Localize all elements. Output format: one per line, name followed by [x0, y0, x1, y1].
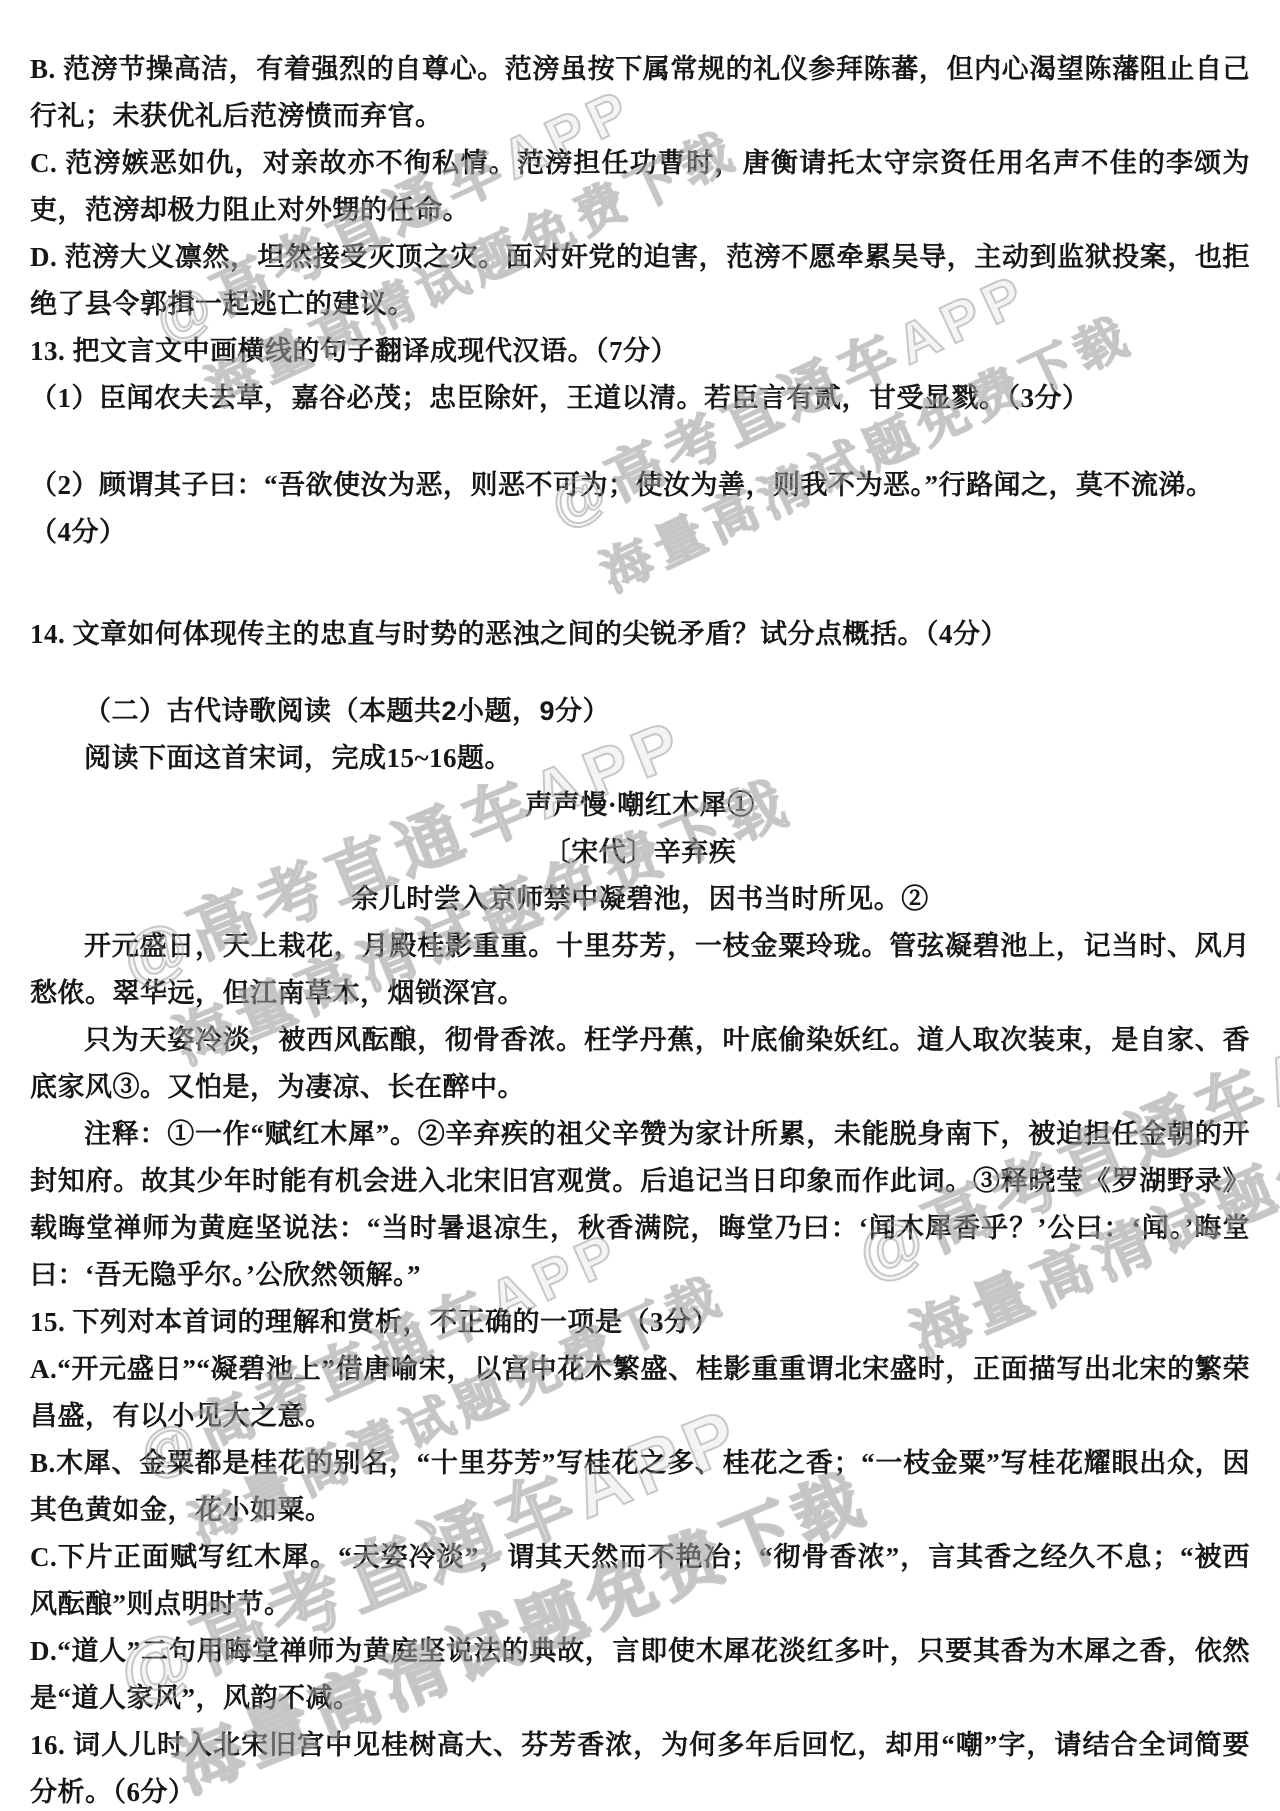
exam-paper-page: @高考直通车APP 海量高清试题免费下载 @高考直通车APP 海量高清试题免费下…	[0, 0, 1280, 1811]
question-13: 13. 把文言文中画横线的句子翻译成现代汉语。（7分）	[30, 328, 1250, 375]
question-14: 14. 文章如何体现传主的忠直与时势的恶浊之间的尖锐矛盾？试分点概括。（4分）	[30, 611, 1250, 658]
choice-option-b: B. 范滂节操高洁，有着强烈的自尊心。范滂虽按下属常规的礼仪参拜陈蕃，但内心渴望…	[30, 46, 1250, 140]
notes-text: ①一作“赋红木犀”。②辛弃疾的祖父辛赞为家计所累，未能脱身南下，被迫担任金朝的开…	[30, 1119, 1250, 1290]
poem-stanza-2: 只为天姿冷淡，被西风酝酿，彻骨香浓。枉学丹蕉，叶底偷染妖红。道人取次装束，是自家…	[30, 1017, 1250, 1111]
q15-option-b: B.木犀、金粟都是桂花的别名，“十里芬芳”写桂花之多、桂花之香；“一枝金粟”写桂…	[30, 1440, 1250, 1534]
choice-option-d: D. 范滂大义凛然，坦然接受灭顶之灾。面对奸党的迫害，范滂不愿牵累吴导，主动到监…	[30, 234, 1250, 328]
blank-answer-space	[30, 658, 1250, 688]
question-15: 15. 下列对本首词的理解和赏析，不正确的一项是（3分）	[30, 1299, 1250, 1346]
question-13-part1: （1）臣闻农夫去草，嘉谷必茂；忠臣除奸，王道以清。若臣言有贰，甘受显戮。（3分）	[30, 375, 1250, 422]
q15-option-a: A.“开元盛日”“凝碧池上”借唐喻宋，以宫中花木繁盛、桂影重重谓北宋盛时，正面描…	[30, 1346, 1250, 1440]
exam-content: B. 范滂节操高洁，有着强烈的自尊心。范滂虽按下属常规的礼仪参拜陈蕃，但内心渴望…	[0, 0, 1280, 1811]
notes-label: 注释：	[84, 1119, 167, 1149]
blank-answer-space	[30, 422, 1250, 462]
poem-author: 〔宋代〕辛弃疾	[30, 829, 1250, 876]
poetry-intro: 阅读下面这首宋词，完成15~16题。	[30, 735, 1250, 782]
question-13-part2: （2）顾谓其子曰：“吾欲使汝为恶，则恶不可为；使汝为善，则我不为恶。”行路闻之，…	[30, 462, 1250, 509]
blank-answer-space	[30, 556, 1250, 611]
choice-option-c: C. 范滂嫉恶如仇，对亲故亦不徇私情。范滂担任功曹时，唐衡请托太守宗资任用名声不…	[30, 140, 1250, 234]
question-13-part2-score: （4分）	[30, 509, 1250, 556]
question-16: 16. 词人儿时入北宋旧宫中见桂树高大、芬芳香浓，为何多年后回忆，却用“嘲”字，…	[30, 1722, 1250, 1811]
poem-stanza-1: 开元盛日，天上栽花，月殿桂影重重。十里芬芳，一枝金粟玲珑。管弦凝碧池上，记当时、…	[30, 923, 1250, 1017]
q15-option-d: D.“道人”二句用晦堂禅师为黄庭坚说法的典故，言即使木犀花淡红多叶，只要其香为木…	[30, 1628, 1250, 1722]
poem-epigraph: 余儿时尝入京师禁中凝碧池，因书当时所见。②	[30, 876, 1250, 923]
q15-option-c: C.下片正面赋写红木犀。“天姿冷淡”，谓其天然而不艳冶；“彻骨香浓”，言其香之经…	[30, 1534, 1250, 1628]
poem-title: 声声慢·嘲红木犀①	[30, 782, 1250, 829]
section-heading-poetry: （二）古代诗歌阅读（本题共2小题，9分）	[30, 688, 1250, 735]
poem-notes: 注释：①一作“赋红木犀”。②辛弃疾的祖父辛赞为家计所累，未能脱身南下，被迫担任金…	[30, 1111, 1250, 1299]
